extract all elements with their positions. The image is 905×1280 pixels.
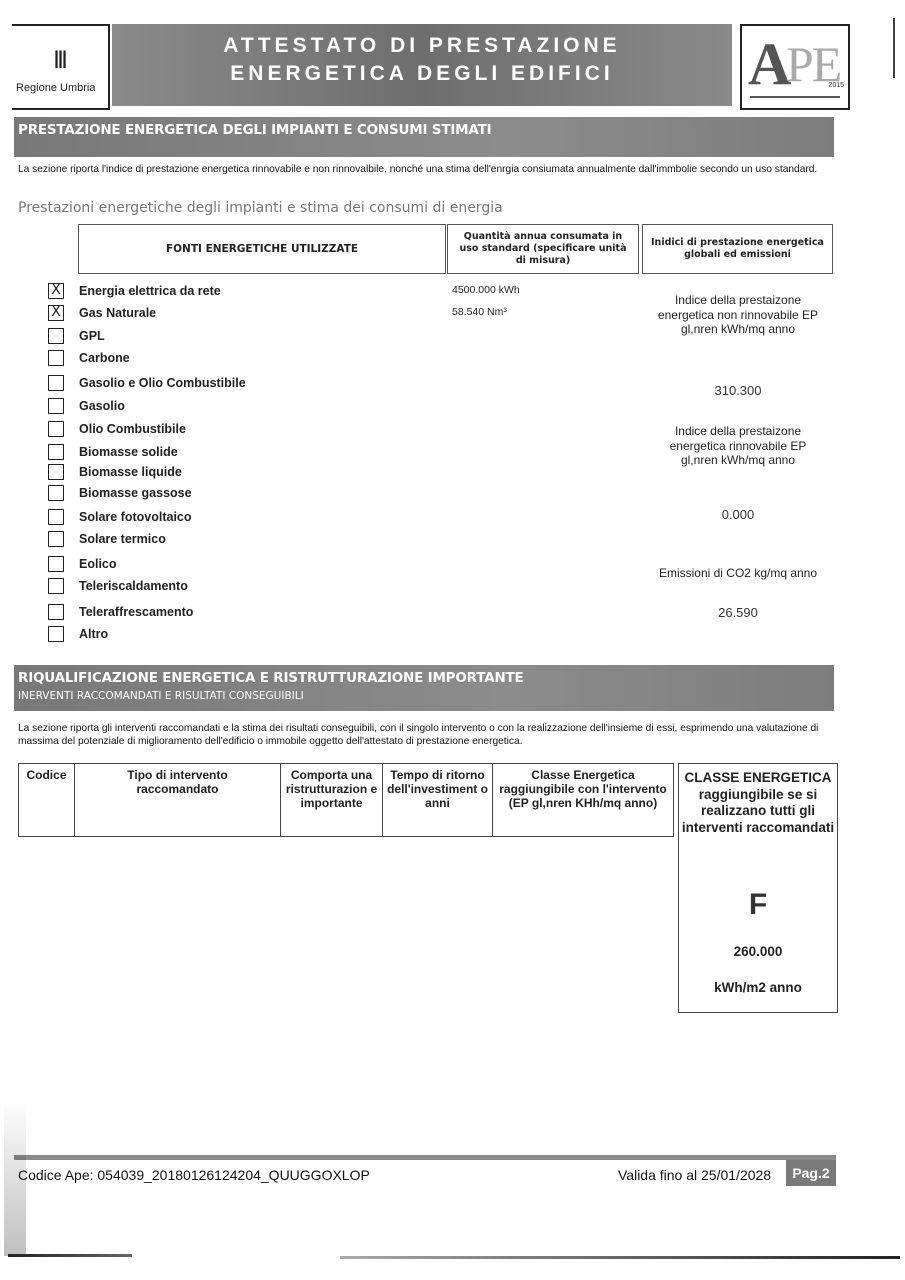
energy-source-row: Biomasse solide: [48, 443, 178, 461]
target-energy-class-box: CLASSE ENERGETICA raggiungibile se si re…: [678, 763, 838, 1013]
energy-source-label: Gas Naturale: [79, 306, 156, 320]
energy-source-row: Teleriscaldamento: [48, 577, 188, 595]
energy-source-quantity: 4500.000 kWh: [452, 284, 520, 296]
energy-source-checkbox[interactable]: [48, 531, 64, 547]
energy-source-label: Teleriscaldamento: [79, 579, 188, 593]
energy-source-label: Biomasse gassose: [79, 486, 192, 500]
energy-source-checkbox[interactable]: [48, 444, 64, 460]
energy-source-checkbox[interactable]: [48, 604, 64, 620]
section-renovation-title: RIQUALIFICAZIONE ENERGETICA E RISTRUTTUR…: [18, 670, 524, 686]
validity-date: Valida fino al 25/01/2028: [618, 1167, 771, 1183]
energy-source-checkbox[interactable]: [48, 328, 64, 344]
energy-source-row: XGas Naturale: [48, 304, 156, 322]
co2-emissions-label: Emissioni di CO2 kg/mq anno: [658, 566, 818, 581]
header-performance-indices: Inidici di prestazione energetica global…: [642, 224, 833, 274]
col-header-intervention-type: Tipo di intervento raccomandato: [74, 763, 280, 837]
energy-source-row: Gasolio e Olio Combustibile: [48, 374, 246, 392]
energy-source-checkbox[interactable]: X: [48, 283, 64, 299]
energy-source-row: Solare fotovoltaico: [48, 508, 192, 526]
col-header-payback-time: Tempo di ritorno dell'investiment o anni: [382, 763, 492, 837]
energy-source-row: Gasolio: [48, 397, 125, 415]
index-renewable-label: Indice della prestaizone energetica rinn…: [652, 424, 824, 468]
index-non-renewable-value: 310.300: [652, 383, 824, 398]
index-renewable-value: 0.000: [652, 507, 824, 522]
section-renovation-subtitle: INERVENTI RACCOMANDATI E RISULTATI CONSE…: [18, 690, 304, 702]
col-header-code: Codice: [18, 763, 74, 837]
energy-source-row: GPL: [48, 327, 105, 345]
region-emblem-icon: |||: [12, 48, 108, 69]
footer-rule: [14, 1155, 836, 1160]
col-header-achievable-class: Classe Energetica raggiungibile con l'in…: [492, 763, 674, 837]
energy-source-checkbox[interactable]: X: [48, 305, 64, 321]
energy-performance-subheading: Prestazioni energetiche degli impianti e…: [18, 200, 503, 216]
ape-logo-year: 2015: [828, 82, 844, 89]
energy-source-label: Olio Combustibile: [79, 422, 186, 436]
co2-emissions-value: 26.590: [652, 605, 824, 620]
energy-source-label: Biomasse solide: [79, 445, 178, 459]
energy-source-checkbox[interactable]: [48, 485, 64, 501]
energy-source-label: Gasolio e Olio Combustibile: [79, 376, 246, 390]
document-title-line-2: ENERGETICA DEGLI EDIFICI: [112, 62, 732, 86]
region-name: Regione Umbria: [16, 82, 95, 94]
energy-source-label: Energia elettrica da rete: [79, 284, 221, 298]
page-edge: [893, 18, 895, 78]
energy-source-row: Eolico: [48, 555, 117, 573]
energy-source-row: Biomasse liquide: [48, 463, 182, 481]
energy-source-label: Altro: [79, 627, 108, 641]
energy-source-checkbox[interactable]: [48, 578, 64, 594]
energy-source-label: Biomasse liquide: [79, 465, 182, 479]
energy-source-row: XEnergia elettrica da rete: [48, 282, 221, 300]
energy-source-label: Solare fotovoltaico: [79, 510, 192, 524]
scan-edge-line: [340, 1256, 900, 1259]
section-energy-performance-title: PRESTAZIONE ENERGETICA DEGLI IMPIANTI E …: [18, 122, 491, 138]
section-energy-performance-bar: PRESTAZIONE ENERGETICA DEGLI IMPIANTI E …: [14, 117, 834, 157]
energy-source-checkbox[interactable]: [48, 421, 64, 437]
energy-source-checkbox[interactable]: [48, 626, 64, 642]
energy-source-label: Carbone: [79, 351, 130, 365]
energy-source-row: Teleraffrescamento: [48, 603, 193, 621]
energy-source-checkbox[interactable]: [48, 556, 64, 572]
energy-source-checkbox[interactable]: [48, 509, 64, 525]
energy-source-label: GPL: [79, 329, 105, 343]
energy-source-row: Altro: [48, 625, 108, 643]
recommended-interventions-table: Codice Tipo di intervento raccomandato C…: [18, 763, 674, 837]
scan-shadow: [4, 1100, 26, 1256]
target-class-title: CLASSE ENERGETICA raggiungibile se si re…: [679, 770, 837, 836]
section-renovation-bar: RIQUALIFICAZIONE ENERGETICA E RISTRUTTUR…: [14, 665, 834, 711]
ape-logo: A PE 2015: [740, 24, 850, 110]
document-title-line-1: ATTESTATO DI PRESTAZIONE: [112, 34, 732, 58]
energy-source-row: Olio Combustibile: [48, 420, 186, 438]
index-non-renewable-label: Indice della prestaizone energetica non …: [652, 293, 824, 337]
energy-source-checkbox[interactable]: [48, 350, 64, 366]
target-class-letter: F: [679, 888, 837, 922]
header-annual-quantity: Quantità annua consumata in uso standard…: [447, 224, 639, 274]
energy-source-label: Solare termico: [79, 532, 166, 546]
target-class-value: 260.000: [679, 944, 837, 959]
document-title-banner: ATTESTATO DI PRESTAZIONE ENERGETICA DEGL…: [112, 24, 732, 106]
energy-source-label: Eolico: [79, 557, 117, 571]
page-number: Pag.2: [786, 1160, 836, 1186]
energy-source-checkbox[interactable]: [48, 398, 64, 414]
energy-source-label: Gasolio: [79, 399, 125, 413]
target-class-unit: kWh/m2 anno: [679, 980, 837, 995]
ape-logo-a: A: [748, 34, 791, 94]
region-logo: ||| Regione Umbria: [12, 24, 110, 110]
header-energy-sources: FONTI ENERGETICHE UTILIZZATE: [78, 224, 446, 274]
col-header-major-renovation: Comporta una ristrutturazion e important…: [280, 763, 382, 837]
energy-source-checkbox[interactable]: [48, 464, 64, 480]
section-renovation-description: La sezione riporta gli interventi raccom…: [18, 722, 838, 748]
energy-source-checkbox[interactable]: [48, 375, 64, 391]
ape-code: Codice Ape: 054039_20180126124204_QUUGGO…: [18, 1167, 370, 1183]
energy-source-row: Biomasse gassose: [48, 484, 192, 502]
energy-source-quantity: 58.540 Nm³: [452, 306, 507, 318]
ape-logo-rule: [750, 96, 840, 98]
scan-edge-line: [8, 1254, 132, 1257]
section-energy-performance-description: La sezione riporta l'indice di prestazio…: [18, 163, 838, 176]
energy-source-label: Teleraffrescamento: [79, 605, 193, 619]
energy-source-row: Solare termico: [48, 530, 166, 548]
energy-source-row: Carbone: [48, 349, 130, 367]
